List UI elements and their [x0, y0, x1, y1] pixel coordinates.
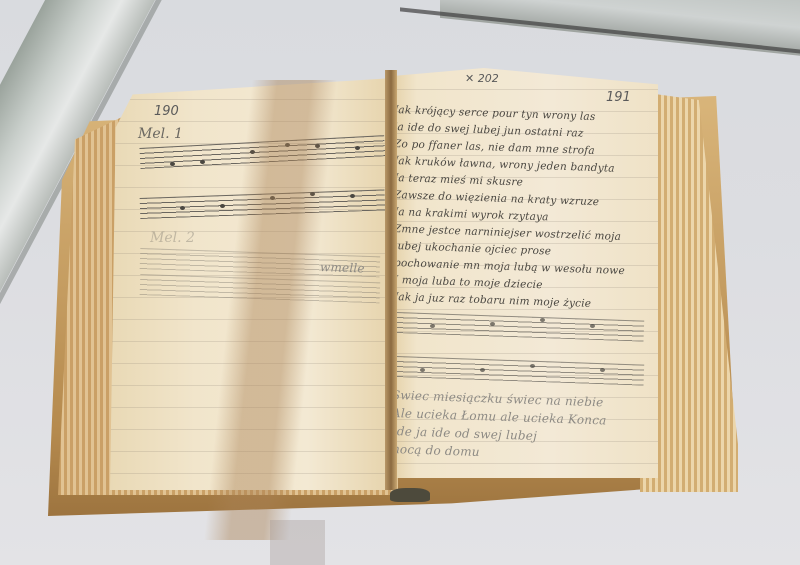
floor-shadow: [270, 520, 325, 565]
faint-text: wmelle: [320, 260, 365, 276]
right-page: ✕ 202 191 Jak krójący serce pour tyn wro…: [390, 68, 658, 478]
open-songbook: 190 Mel. 1 Mel. 2 wmelle ✕ 202 191 Jak k…: [0, 0, 800, 565]
faint-melody-label: Mel. 2: [150, 230, 195, 246]
spine-tear: [390, 488, 430, 502]
top-marks: ✕ 202: [465, 72, 499, 85]
book-gutter: [385, 70, 397, 490]
left-page-number: 190: [154, 104, 179, 119]
melody-label: Mel. 1: [138, 126, 183, 142]
right-page-number: 191: [606, 90, 631, 105]
